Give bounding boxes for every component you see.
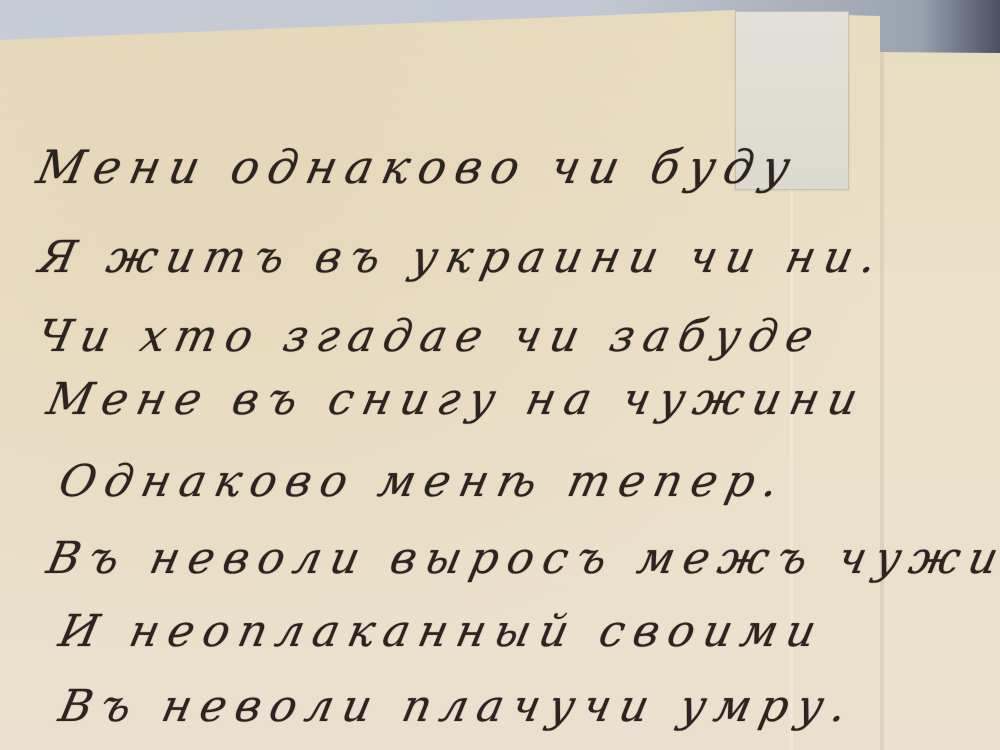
manuscript-line-3: Чи хто згадае чи забуде [33,311,827,362]
manuscript-text: Мени однаково чи буду Я житъ въ украини … [0,0,1000,750]
manuscript-line-1: Мени однаково чи буду [32,140,804,194]
manuscript-line-6: Въ неволи выросъ межъ чужи [43,533,1000,584]
manuscript-line-4: Мене въ снигу на чужини [43,374,871,425]
manuscript-line-7: И неоплаканный своими [55,606,830,657]
manuscript-line-2: Я житъ въ украини чи ни. [35,232,891,283]
manuscript-line-5: Однаково менѣ тепер. [55,456,792,507]
manuscript-line-8: Въ неволи плачучи умру. [55,681,861,732]
